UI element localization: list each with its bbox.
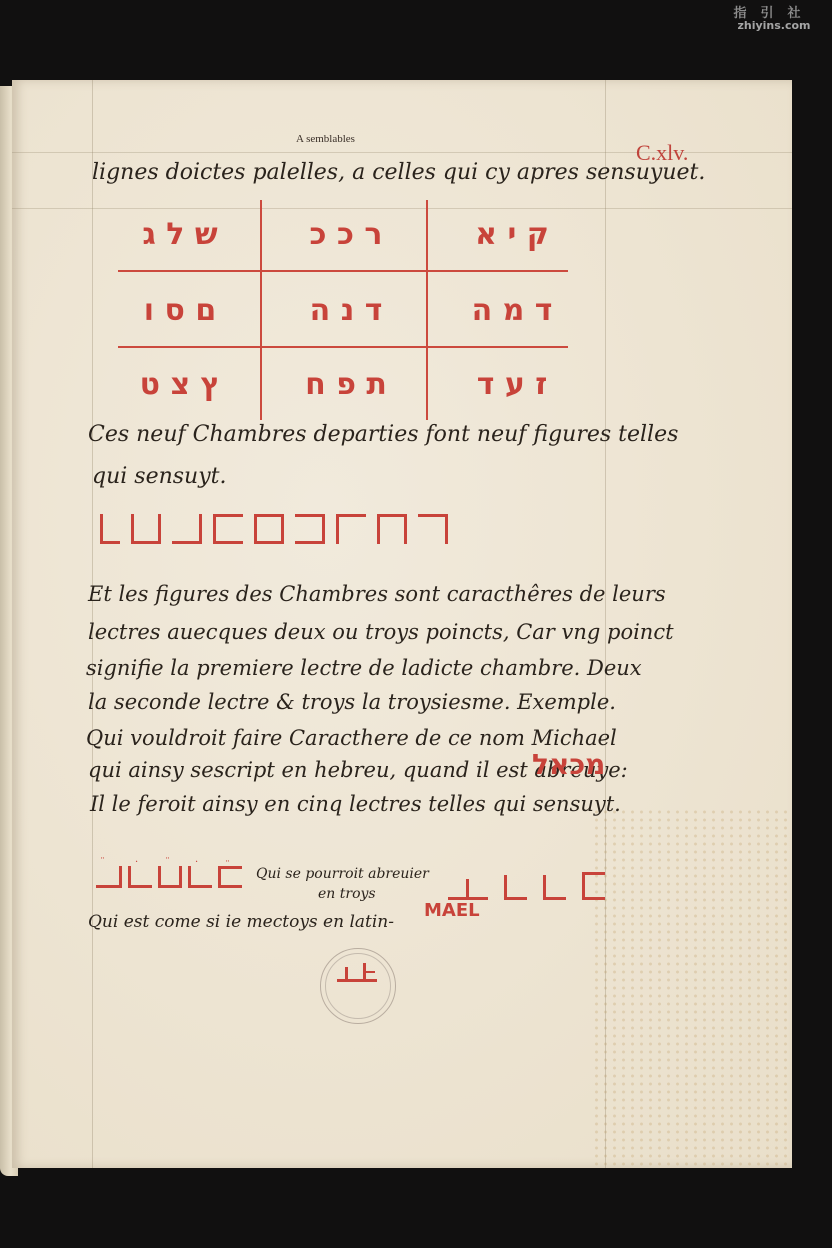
abbrev-figure <box>582 872 605 900</box>
michael-figure: ¨ <box>218 866 242 888</box>
michael-figure: · <box>188 866 212 888</box>
paragraph1-line: Ces neuf Chambres departies font neuf fi… <box>88 422 678 447</box>
grid-cell: ד מ ה <box>432 280 592 340</box>
abbrev-figure <box>504 875 527 900</box>
paragraph2-line: Qui vouldroit faire Caracthere de ce nom… <box>86 726 617 750</box>
paragraph2-line: lectres auecques deux ou troys poincts, … <box>88 620 674 644</box>
grid-hline-1 <box>118 270 568 272</box>
parchment-stipple <box>592 808 792 1168</box>
grid-cell: ז ע ד <box>432 354 592 414</box>
pigpen-figure-square <box>254 514 284 544</box>
michael-pigpen-figures: ¨ · ¨ · ¨ <box>96 866 242 888</box>
pigpen-figure-J <box>172 514 202 544</box>
pigpen-figure-U <box>131 514 161 544</box>
insertion-note: A semblables <box>296 133 355 145</box>
paragraph2-line: la seconde lectre & troys la troysiesme.… <box>88 690 616 714</box>
grid-cell: ש ל ג <box>100 204 260 264</box>
abbreviated-figures <box>448 872 605 900</box>
grid-cell: ר כ כ <box>266 204 426 264</box>
abbreviation-note: Qui se pourroit abreuier <box>256 866 429 882</box>
grid-hline-2 <box>118 346 568 348</box>
pigpen-figure-L <box>100 514 120 544</box>
watermark: 指引社 zhiyins.com <box>724 2 824 32</box>
pigpen-figure-gamma <box>336 514 366 544</box>
michael-figure: ¨ <box>158 866 182 888</box>
paragraph2-line: signifie la premiere lectre de ladicte c… <box>86 656 642 680</box>
monogram-base <box>337 979 377 982</box>
grid-cell: ץ צ ט <box>100 354 260 414</box>
hebrew-letter-grid: ש ל ג ר כ כ ק י א ם ס ו ד נ ה ד מ ה ץ צ … <box>100 200 610 420</box>
grid-cell: ם ס ו <box>100 280 260 340</box>
paragraph2-line: Et les figures des Chambres sont caracth… <box>88 582 666 606</box>
michael-figure: · <box>128 866 152 888</box>
pigpen-figure-pi <box>377 514 407 544</box>
pigpen-figure-seven <box>418 514 448 544</box>
grid-vline-2 <box>426 200 428 420</box>
opening-line: lignes doictes palelles, a celles qui cy… <box>92 160 705 185</box>
grid-cell: ק י א <box>432 204 592 264</box>
paragraph1-line: qui sensuyt. <box>92 464 226 489</box>
abbrev-figure <box>543 875 566 900</box>
grid-cell: ת פ ח <box>266 354 426 414</box>
monogram-bar <box>363 971 375 973</box>
pigpen-figure-open-right <box>213 514 243 544</box>
grid-cell: ד נ ה <box>266 280 426 340</box>
abbrev-figure <box>448 879 488 900</box>
pigpen-figure-open-left <box>295 514 325 544</box>
latin-note: Qui est come si ie mectoys en latin- <box>88 912 394 932</box>
monogram-circle <box>320 948 396 1024</box>
michael-figure: ¨ <box>96 866 122 888</box>
monogram-stem <box>345 967 348 981</box>
latin-abbreviation: MAEL <box>424 900 480 921</box>
hebrew-abbreviation: מכאל <box>532 748 605 781</box>
monogram-stem <box>363 963 366 981</box>
paragraph2-line: Il le feroit ainsy en cinq lectres telle… <box>90 792 621 816</box>
pigpen-figures-row <box>100 514 448 544</box>
watermark-url: zhiyins.com <box>724 19 824 32</box>
grid-vline-1 <box>260 200 262 420</box>
abbreviation-note-2: en troys <box>318 886 376 902</box>
